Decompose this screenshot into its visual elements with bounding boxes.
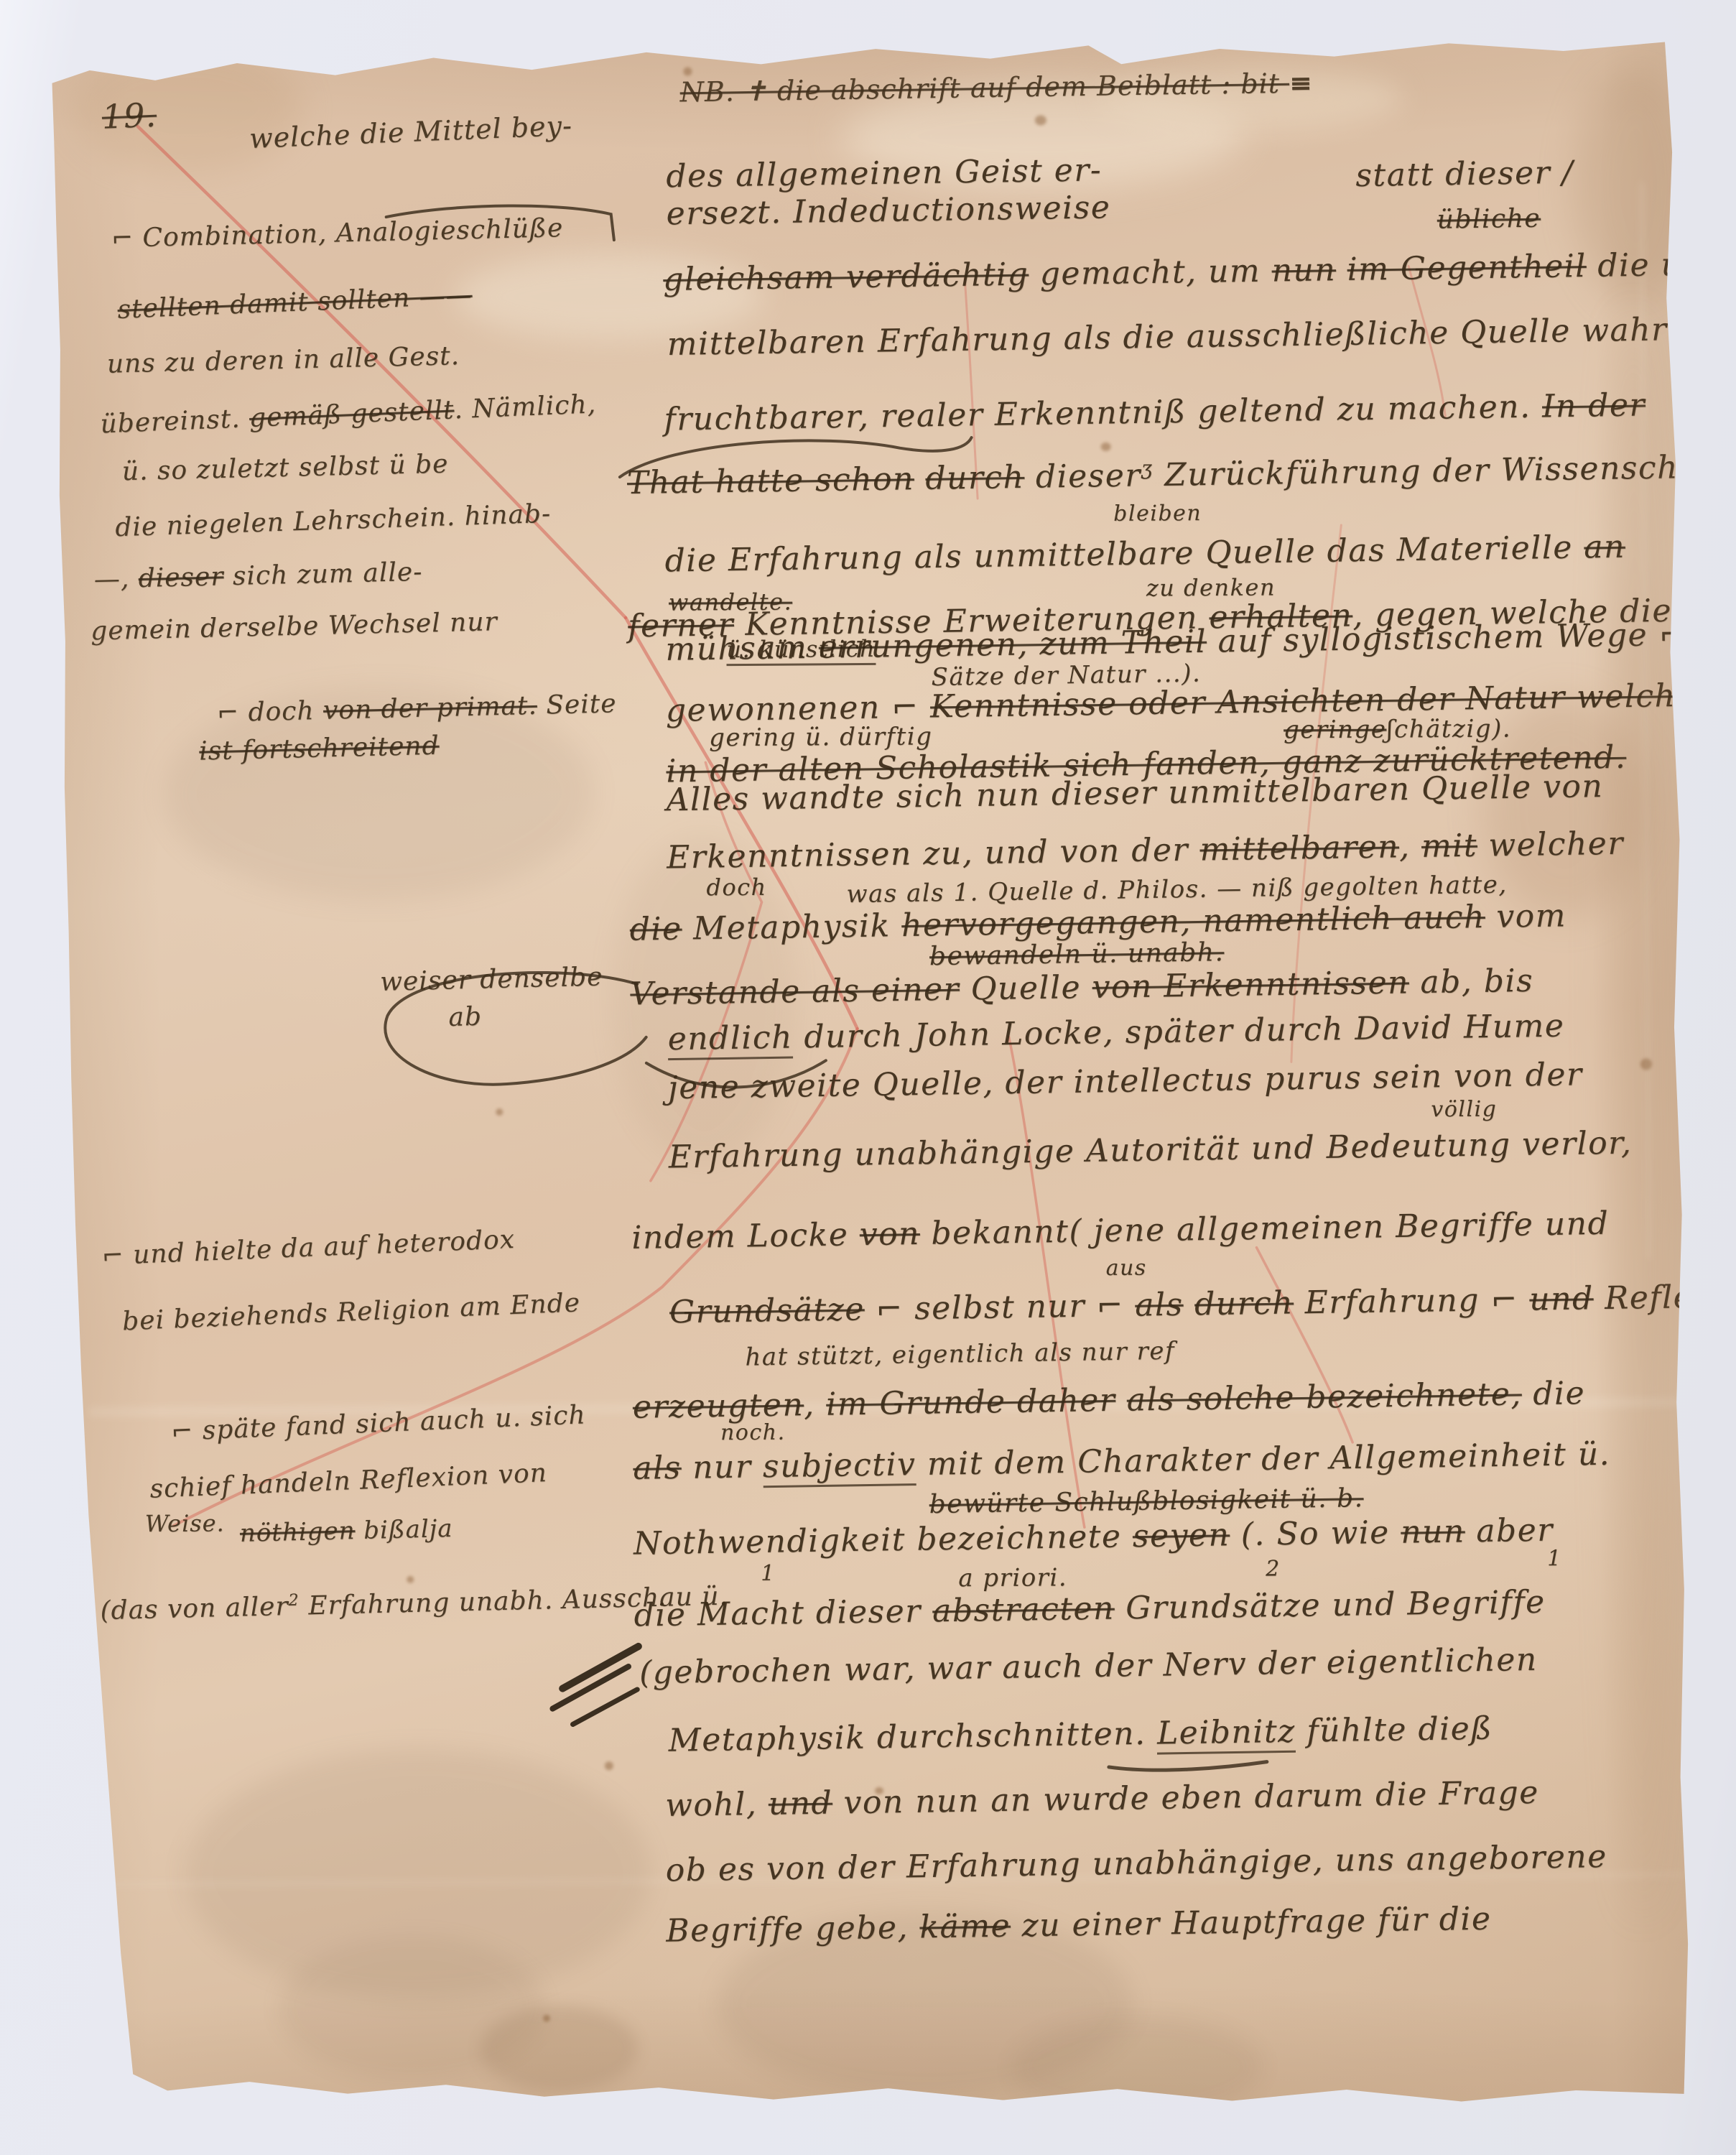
text-segment: Erfahrung ⌐ bbox=[1294, 1282, 1530, 1322]
text-segment: nun bbox=[1401, 1513, 1465, 1550]
page-content-layer: 19.NB. ✝ die abschrift auf dem Beiblatt … bbox=[0, 0, 1736, 2155]
margin-note: bei beziehends Religion am Ende bbox=[121, 1288, 580, 1336]
interlinear-note: noch. bbox=[720, 1420, 786, 1446]
text-segment: 1 bbox=[761, 1561, 776, 1586]
foxing-dot bbox=[683, 67, 692, 75]
margin-note: übereinst. gemäß gestellt. Nämlich, bbox=[100, 389, 597, 439]
margin-note: stellten damit sollten —— bbox=[117, 281, 473, 325]
main-line: mittelbaren Erfahrung als die ausschließ… bbox=[667, 311, 1704, 363]
text-segment: von Erkenntnissen bbox=[1092, 964, 1409, 1006]
text-segment: ob es von der Erfahrung unabhängige, uns… bbox=[665, 1838, 1607, 1888]
text-segment: ʒ bbox=[1141, 458, 1153, 480]
foxing-dot bbox=[1640, 1058, 1652, 1070]
main-line: die Erfahrung als unmittelbare Quelle da… bbox=[664, 529, 1625, 580]
main-line: wohl, und von nun an wurde eben darum di… bbox=[665, 1774, 1539, 1824]
text-segment: als solche bezeichnete, bbox=[1126, 1376, 1522, 1418]
text-segment: Grundsätze und Begriffe bbox=[1114, 1584, 1545, 1627]
text-segment: Seite bbox=[537, 689, 617, 720]
text-segment: Begriffe gebe, bbox=[666, 1909, 920, 1949]
text-segment: zu denken bbox=[1146, 573, 1276, 601]
text-segment: welcher bbox=[1477, 825, 1625, 864]
text-segment: ab, bis bbox=[1409, 963, 1534, 1001]
text-segment: —, bbox=[93, 564, 139, 594]
interlinear-note: bewürte Schlußblosigkeit ü. b. bbox=[929, 1483, 1363, 1519]
text-segment: des allgemeinen Geist er- bbox=[666, 152, 1103, 195]
text-segment: Metaphysik bbox=[682, 907, 901, 947]
text-segment: sich zum alle- bbox=[223, 557, 423, 592]
main-line: endlich durch John Locke, später durch D… bbox=[667, 1008, 1564, 1058]
text-segment: und bbox=[1529, 1280, 1594, 1317]
text-segment: uns zu deren in alle Gest. bbox=[107, 341, 460, 379]
main-line: des allgemeinen Geist er- bbox=[666, 152, 1103, 195]
ink-flourish-mark bbox=[1109, 1762, 1267, 1771]
triple-slash-insertion-mark bbox=[552, 1667, 628, 1709]
text-segment: die Macht dieser bbox=[633, 1593, 932, 1633]
text-segment: hat stützt, eigentlich als nur ref bbox=[745, 1337, 1175, 1372]
text-segment: und bbox=[768, 1785, 832, 1822]
stain bbox=[278, 1934, 544, 2080]
text-segment: die un bbox=[1586, 246, 1704, 284]
text-segment: schief handeln Reflexion von bbox=[149, 1458, 548, 1504]
text-segment: ⌐ Combination, Analogieschlüße bbox=[111, 213, 563, 254]
text-segment: Verstande als einer bbox=[630, 971, 960, 1013]
interlinear-note: a priori. bbox=[958, 1563, 1067, 1593]
margin-note: Weise. bbox=[145, 1509, 225, 1537]
text-segment: auf syllogistischem Wege ⌐ bbox=[1207, 616, 1687, 660]
text-segment: durch bbox=[1194, 1284, 1294, 1322]
foxing-dot bbox=[543, 2015, 550, 2022]
main-line: ob es von der Erfahrung unabhängige, uns… bbox=[665, 1838, 1607, 1888]
text-segment: Grundsätze bbox=[669, 1291, 865, 1330]
text-segment bbox=[1183, 1286, 1194, 1322]
text-segment: noch. bbox=[720, 1420, 786, 1446]
text-segment: durch bbox=[925, 459, 1025, 497]
interlinear-note: völlig bbox=[1431, 1097, 1497, 1123]
text-segment: bei beziehends Religion am Ende bbox=[121, 1288, 580, 1336]
text-segment bbox=[914, 460, 926, 497]
main-line: Verstande als einer Quelle von Erkenntni… bbox=[630, 963, 1533, 1013]
main-line: (gebrochen war, war auch der Nerv der ei… bbox=[639, 1641, 1538, 1692]
handwriting-layer: 19.NB. ✝ die abschrift auf dem Beiblatt … bbox=[0, 0, 1730, 5]
paper-stains-layer bbox=[0, 0, 1730, 5]
text-segment: ⌐ späte fand sich auch u. sich bbox=[170, 1400, 586, 1447]
text-segment: Quelle bbox=[960, 969, 1092, 1008]
header-line: NB. ✝ die abschrift auf dem Beiblatt : b… bbox=[679, 66, 1310, 108]
text-segment: (. So wie bbox=[1230, 1514, 1401, 1554]
text-segment: Zurückführung der Wissenschaft auf bbox=[1153, 448, 1736, 493]
text-segment: NB. ✝ die abschrift auf dem Beiblatt : b… bbox=[679, 68, 1289, 108]
page-number: 19. bbox=[101, 96, 157, 136]
text-segment: ab bbox=[448, 1002, 482, 1032]
margin-note: ⌐ und hielte da auf heterodox bbox=[101, 1225, 516, 1271]
text-segment: Erfahrung unabhängige Autorität und Bede… bbox=[668, 1125, 1632, 1176]
main-line: Erfahrung unabhängige Autorität und Bede… bbox=[668, 1125, 1632, 1176]
interlinear-note: geringeʃchätzig). bbox=[1284, 714, 1511, 744]
main-line: fruchtbarer, realer Erkenntniß geltend z… bbox=[664, 386, 1646, 437]
text-segment: gemacht, um bbox=[1029, 252, 1272, 292]
text-segment: im Gegentheil bbox=[1347, 248, 1587, 288]
text-segment: geringe bbox=[1284, 715, 1387, 745]
text-segment: von nun an wurde eben darum die Frage bbox=[832, 1774, 1539, 1822]
text-segment: , bbox=[804, 1386, 827, 1423]
text-segment: zu einer Hauptfrage für die bbox=[1011, 1901, 1492, 1945]
margin-note: —, dieser sich zum alle- bbox=[93, 557, 423, 595]
text-segment: ⌐ selbst nur ⌐ bbox=[864, 1287, 1135, 1328]
text-segment: ⌐ doch bbox=[216, 696, 323, 728]
main-line: erzeugten, im Grunde daher als solche be… bbox=[632, 1375, 1585, 1426]
text-segment: völlig bbox=[1431, 1097, 1497, 1123]
text-segment: gleichsam verdächtig bbox=[663, 256, 1029, 298]
text-segment: übliche bbox=[1436, 204, 1541, 235]
text-segment: gemein derselbe Wechsel nur bbox=[90, 607, 498, 646]
interlinear-note: aus bbox=[1106, 1256, 1147, 1281]
main-line: Grundsätze ⌐ selbst nur ⌐ als durch Erfa… bbox=[669, 1278, 1736, 1331]
text-segment: nun bbox=[1271, 251, 1336, 289]
main-line: Nothwendigkeit bezeichnete seyen (. So w… bbox=[633, 1512, 1554, 1562]
text-segment: aus bbox=[1106, 1256, 1147, 1281]
main-line: Erkenntnissen zu, und von der mittelbare… bbox=[667, 825, 1624, 876]
red-pencil-cancellation-stroke bbox=[648, 762, 763, 1181]
text-segment: gering ü. dürftig bbox=[709, 722, 933, 752]
text-segment: bewürte Schlußblosigkeit ü. b. bbox=[929, 1483, 1363, 1519]
margin-note: ü. so zuletzt selbst ü be bbox=[121, 450, 449, 487]
text-segment: , bbox=[1399, 828, 1422, 865]
stain bbox=[184, 1747, 652, 2001]
main-line: gewonnenen ⌐ Kenntnisse oder Ansichten d… bbox=[666, 677, 1696, 729]
text-segment: stellten damit sollten —— bbox=[117, 281, 473, 325]
text-segment: bekannt( jene allgemeinen Begriffe und bbox=[920, 1205, 1610, 1252]
text-segment: . Nämlich, bbox=[454, 389, 597, 425]
text-segment: an bbox=[1584, 529, 1625, 566]
text-segment: Erkenntnissen zu, und von der bbox=[667, 831, 1200, 876]
text-segment: statt dieser / bbox=[1355, 154, 1574, 194]
margin-note: ⌐ Combination, Analogieschlüße bbox=[111, 213, 563, 254]
margin-note: gemein derselbe Wechsel nur bbox=[90, 607, 498, 646]
insertion-note: statt dieser / bbox=[1355, 154, 1574, 194]
text-segment: bewandeln ü. unabh. bbox=[929, 937, 1225, 971]
interlinear-note: hat stützt, eigentlich als nur ref bbox=[745, 1337, 1175, 1372]
text-segment: übereinst. bbox=[100, 404, 250, 439]
text-segment: a priori. bbox=[958, 1563, 1067, 1593]
foxing-dot bbox=[496, 1108, 503, 1116]
text-segment: Nothwendigkeit bezeichnete bbox=[633, 1518, 1133, 1562]
text-segment: indem Locke bbox=[631, 1216, 860, 1256]
text-segment bbox=[1336, 251, 1347, 288]
text-segment: welche die Mittel bey- bbox=[249, 110, 572, 154]
text-segment: seyen bbox=[1133, 1516, 1230, 1554]
text-segment: ü. so zuletzt selbst ü be bbox=[121, 450, 449, 487]
text-segment: nöthigen bbox=[239, 1516, 355, 1548]
margin-note: ist fortschreitend bbox=[199, 731, 440, 766]
foxing-dot bbox=[407, 1576, 414, 1583]
interlinear-note: bewandeln ü. unabh. bbox=[929, 937, 1225, 971]
text-segment: subjectiv bbox=[763, 1446, 916, 1488]
text-segment: In der bbox=[1542, 386, 1646, 425]
text-segment: ʃchätzig). bbox=[1386, 714, 1511, 743]
text-segment bbox=[1115, 1382, 1127, 1419]
foxing-dot bbox=[1101, 442, 1111, 451]
text-segment: dieser bbox=[138, 562, 224, 593]
text-segment: von der primat. bbox=[323, 691, 538, 726]
text-segment: nur bbox=[681, 1448, 763, 1486]
text-segment: 1 bbox=[1547, 1546, 1562, 1571]
text-segment: Reflexion bbox=[1593, 1278, 1736, 1317]
manuscript-page: 19.NB. ✝ die abschrift auf dem Beiblatt … bbox=[40, 27, 1691, 2121]
main-line: Begriffe gebe, käme zu einer Hauptfrage … bbox=[666, 1901, 1492, 1950]
margin-note: schief handeln Reflexion von bbox=[149, 1458, 548, 1504]
triple-slash-insertion-mark bbox=[562, 1646, 639, 1689]
text-segment: dieser bbox=[1024, 457, 1141, 495]
text-segment: Weise. bbox=[145, 1509, 225, 1537]
main-line: indem Locke von bekannt( jene allgemeine… bbox=[631, 1205, 1610, 1256]
triple-slash-insertion-mark bbox=[572, 1690, 637, 1725]
text-segment: 2 bbox=[288, 1591, 300, 1610]
text-segment: fühlte dieß bbox=[1295, 1710, 1493, 1750]
text-segment: gemäß gestellt bbox=[249, 395, 455, 433]
margin-note: welche die Mittel bey- bbox=[249, 110, 572, 154]
text-segment: von bbox=[859, 1215, 920, 1253]
margin-note: die niegelen Lehrschein. hinab- bbox=[115, 499, 552, 543]
margin-note: nöthigen bißalja bbox=[239, 1514, 453, 1548]
foxing-dot bbox=[605, 1761, 613, 1770]
text-segment: vom bbox=[1485, 897, 1566, 935]
text-segment: fruchtbarer, realer Erkenntniß geltend z… bbox=[664, 389, 1542, 438]
text-segment: mittelbaren bbox=[1199, 828, 1399, 868]
text-segment: im Grunde daher bbox=[826, 1382, 1116, 1423]
text-segment: bleiben bbox=[1113, 501, 1202, 527]
main-line: die Macht dieser abstracten Grundsätze u… bbox=[633, 1584, 1546, 1634]
main-line: ersezt. Indeductionsweise bbox=[666, 189, 1110, 232]
text-segment: mittelbaren Erfahrung als die ausschließ… bbox=[667, 311, 1704, 363]
interlinear-note: zu denken bbox=[1146, 573, 1276, 601]
transposition-mark: 2 bbox=[1266, 1556, 1281, 1581]
text-segment: ist fortschreitend bbox=[199, 731, 440, 766]
text-segment: endlich bbox=[667, 1019, 793, 1061]
transposition-mark: 1 bbox=[761, 1561, 776, 1586]
insertion-note: übliche bbox=[1436, 204, 1541, 235]
text-segment: (gebrochen war, war auch der Nerv der ei… bbox=[639, 1641, 1538, 1692]
main-line: gleichsam verdächtig gemacht, um nun im … bbox=[663, 246, 1704, 298]
margin-note: uns zu deren in alle Gest. bbox=[107, 341, 460, 379]
scan-background: { "document": { "type": "handwritten man… bbox=[0, 0, 1736, 2155]
text-segment: mit bbox=[1421, 828, 1478, 865]
text-segment: als bbox=[633, 1450, 682, 1487]
text-segment: doch bbox=[706, 873, 767, 902]
red-pencil-cancellation-stroke bbox=[626, 616, 858, 1030]
text-segment: mühsam bbox=[665, 629, 819, 668]
text-segment: durch John Locke, später durch David Hum… bbox=[792, 1008, 1564, 1056]
text-segment: die Erfahrung als unmittelbare Quelle da… bbox=[664, 529, 1584, 580]
text-segment: 2 bbox=[1266, 1556, 1281, 1581]
text-segment: die niegelen Lehrschein. hinab- bbox=[115, 499, 552, 543]
margin-note-circled: ab bbox=[448, 1002, 482, 1032]
interlinear-note: gering ü. dürftig bbox=[709, 722, 933, 752]
stain bbox=[1011, 2016, 1263, 2118]
text-segment: Leibnitz bbox=[1157, 1713, 1296, 1755]
text-segment: 19. bbox=[101, 96, 157, 136]
stain bbox=[480, 2006, 639, 2093]
foxing-dot bbox=[1035, 115, 1046, 125]
text-segment: bißalja bbox=[355, 1514, 453, 1545]
text-segment: That hatte schon bbox=[627, 460, 915, 501]
text-segment: weiser denselbe bbox=[380, 963, 603, 997]
interlinear-note: doch bbox=[706, 873, 767, 902]
text-segment: mit dem Charakter der Allgemeinheit ü. bbox=[916, 1436, 1610, 1483]
text-segment: die bbox=[1521, 1375, 1585, 1412]
text-segment: die bbox=[629, 911, 682, 948]
transposition-mark: 1 bbox=[1547, 1546, 1562, 1571]
margin-note: ⌐ späte fand sich auch u. sich bbox=[170, 1400, 586, 1447]
text-segment: ersezt. Indeductionsweise bbox=[666, 189, 1110, 232]
text-segment: als bbox=[1135, 1287, 1184, 1324]
main-line: Metaphysik durchschnitten. Leibnitz fühl… bbox=[668, 1710, 1493, 1759]
text-segment: hervorgegangen, namentlich auch bbox=[901, 899, 1485, 944]
text-segment: käme bbox=[919, 1908, 1011, 1946]
text-segment: aber bbox=[1465, 1512, 1554, 1550]
margin-note: ⌐ doch von der primat. Seite bbox=[216, 689, 617, 728]
text-segment: ⌐ und hielte da auf heterodox bbox=[101, 1225, 516, 1271]
text-segment: ≡ bbox=[1289, 66, 1311, 98]
text-segment: Metaphysik durchschnitten. bbox=[668, 1715, 1157, 1759]
text-segment: abstracten bbox=[932, 1590, 1115, 1630]
margin-note-circled: weiser denselbe bbox=[380, 963, 603, 997]
text-segment: (das von aller bbox=[100, 1592, 289, 1626]
main-line: That hatte schon durch dieserʒ Zurückfüh… bbox=[627, 448, 1736, 501]
text-segment: wohl, bbox=[665, 1786, 769, 1824]
interlinear-note: bleiben bbox=[1113, 501, 1202, 527]
